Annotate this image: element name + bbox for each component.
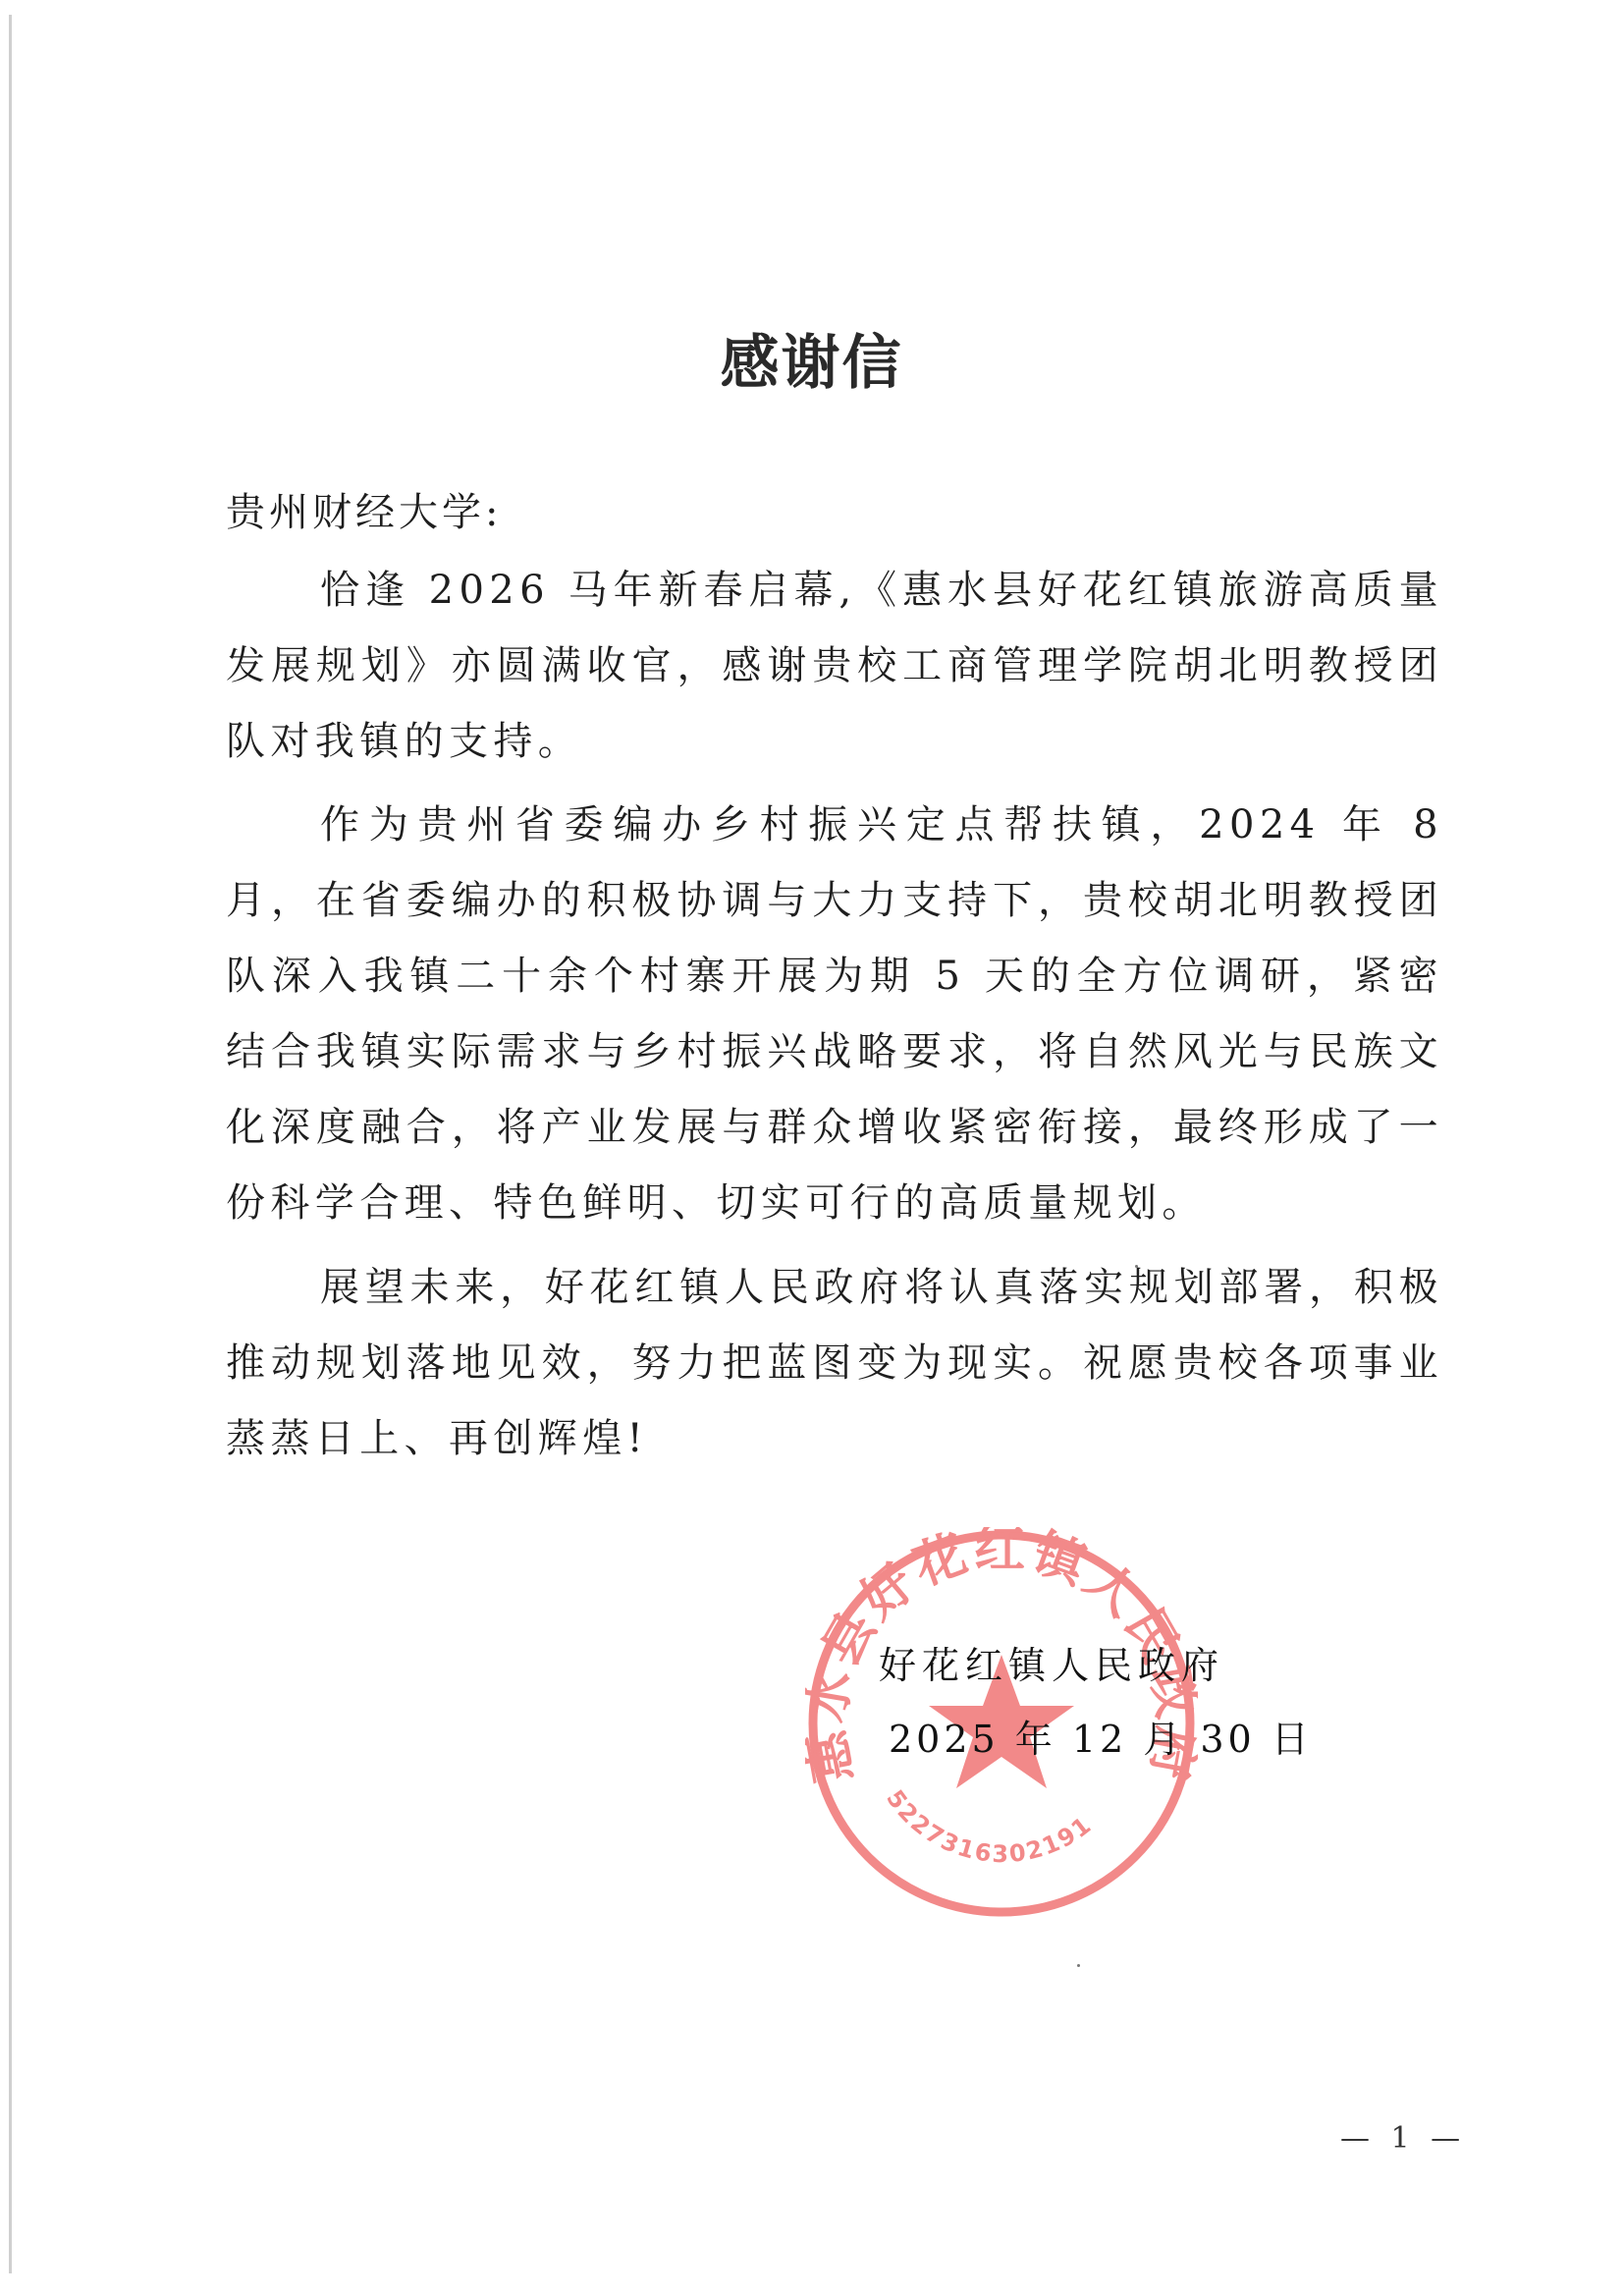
paragraph-2: 作为贵州省委编办乡村振兴定点帮扶镇，2024 年 8 月，在省委编办的积极协调与… xyxy=(226,788,1443,1241)
page-number: — 1 — xyxy=(1340,2121,1466,2156)
signature-date: 2025 年 12 月 30 日 xyxy=(889,1709,1313,1763)
salutation: 贵州财经大学: xyxy=(226,481,502,537)
document-title: 感谢信 xyxy=(0,316,1623,401)
signature-issuer: 好花红镇人民政府 xyxy=(879,1635,1224,1689)
svg-text:5227316302191: 5227316302191 xyxy=(881,1785,1098,1869)
scan-speck xyxy=(1077,1964,1080,1967)
seal-code: 5227316302191 xyxy=(881,1785,1098,1869)
scan-speck xyxy=(1135,1265,1138,1268)
paragraph-3: 展望未来，好花红镇人民政府将认真落实规划部署，积极推动规划落地见效，努力把蓝图变… xyxy=(226,1250,1443,1477)
paragraph-1: 恰逢 2026 马年新春启幕,《惠水县好花红镇旅游高质量发展规划》亦圆满收官，感… xyxy=(226,553,1443,780)
